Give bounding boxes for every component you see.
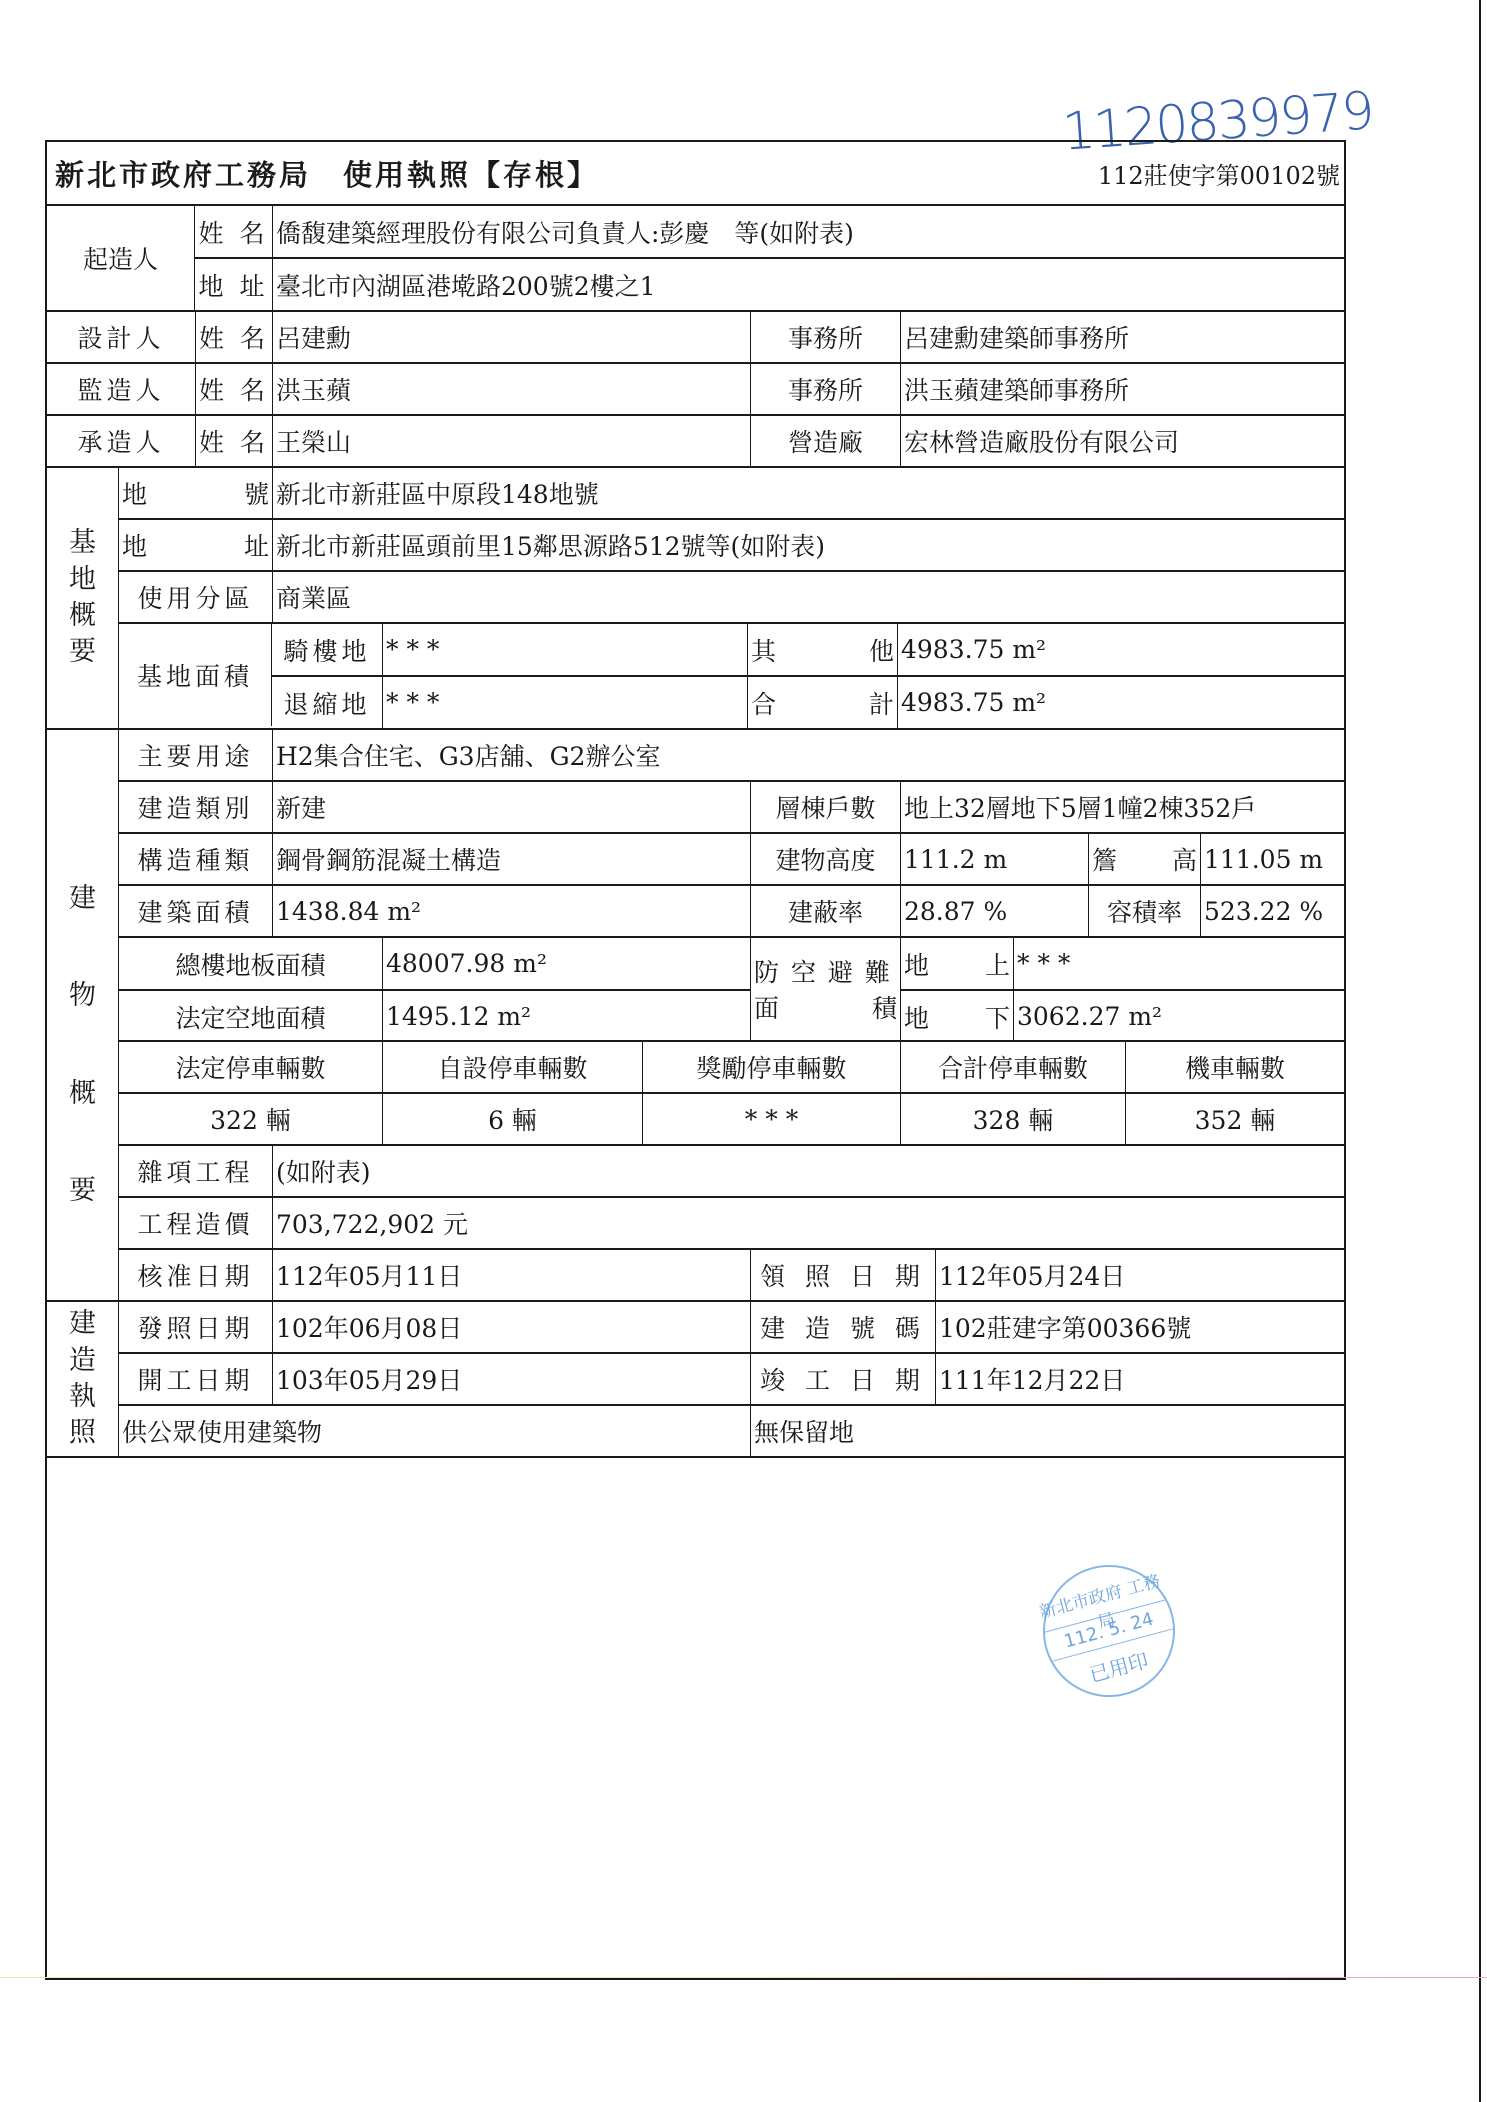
build-area-label: 建築面積	[119, 886, 272, 936]
supervisor-office: 洪玉蘋建築師事務所	[900, 364, 1344, 414]
build-area-row: 建築面積 1438.84 m² 建蔽率 28.87 % 容積率 523.22 %	[119, 884, 1344, 936]
other-label: 其他	[747, 624, 897, 675]
below-ground-value: 3062.27 m²	[1013, 991, 1344, 1042]
build-type-row: 建造類別 新建 層棟戶數 地上32層地下5層1幢2棟352戶	[119, 780, 1344, 832]
contractor-name-label: 姓 名	[195, 416, 272, 466]
start-row: 開工日期 103年05月29日 竣 工 日 期 111年12月22日	[119, 1352, 1344, 1404]
permit-number: 112莊使字第00102號	[1095, 142, 1344, 204]
page-edge	[1479, 0, 1481, 2102]
contractor-firm-label: 營造廠	[750, 416, 900, 466]
site-area-label: 基地面積	[119, 624, 272, 726]
coverage-label: 建蔽率	[750, 886, 900, 936]
open-space-value: 1495.12 m²	[382, 991, 750, 1042]
far-value: 523.22 %	[1200, 886, 1344, 936]
supervisor-label: 監造人	[47, 364, 195, 414]
applicant-label: 起造人	[47, 206, 195, 310]
designer-office: 呂建勳建築師事務所	[900, 312, 1344, 362]
permit-form: 新北市政府工務局 使用執照【存根】 112莊使字第00102號 起造人 姓 名 …	[45, 140, 1346, 1980]
receive-date-label: 領 照 日 期	[750, 1250, 935, 1300]
designer-office-label: 事務所	[750, 312, 900, 362]
main-use-value: H2集合住宅、G3店舖、G2辦公室	[272, 730, 1344, 780]
lot-label: 地號	[119, 468, 272, 518]
contractor-firm: 宏林營造廠股份有限公司	[900, 416, 1344, 466]
contractor-label: 承造人	[47, 416, 195, 466]
arcade-label: 騎樓地	[272, 624, 382, 675]
zone-row: 使用分區 商業區	[119, 570, 1344, 622]
approval-date-label: 核准日期	[119, 1250, 272, 1300]
main-use-row: 主要用途 H2集合住宅、G3店舖、G2辦公室	[119, 730, 1344, 780]
zone-label: 使用分區	[119, 572, 272, 622]
parking-header: 獎勵停車輛數	[642, 1042, 900, 1092]
main-use-label: 主要用途	[119, 730, 272, 780]
scan-artifact-line	[0, 1977, 1487, 1978]
title-row: 新北市政府工務局 使用執照【存根】 112莊使字第00102號	[47, 142, 1344, 204]
structure-value: 鋼骨鋼筋混凝土構造	[272, 834, 750, 884]
structure-label: 構造種類	[119, 834, 272, 884]
above-ground-label: 地上	[901, 938, 1013, 989]
approval-date: 112年05月11日	[272, 1250, 750, 1300]
height-label: 建物高度	[750, 834, 900, 884]
reserved-land-note: 無保留地	[750, 1406, 1344, 1456]
contractor-row: 承造人 姓 名 王榮山 營造廠 宏林營造廠股份有限公司	[47, 414, 1344, 466]
applicant-address: 臺北市內湖區港墘路200號2樓之1	[272, 259, 1344, 310]
parking-header-row: 法定停車輛數 自設停車輛數 獎勵停車輛數 合計停車輛數 機車輛數	[119, 1040, 1344, 1092]
cost-value: 703,722,902 元	[272, 1198, 1344, 1248]
build-area-value: 1438.84 m²	[272, 886, 750, 936]
applicant-name: 僑馥建築經理股份有限公司負責人:彭慶 等(如附表)	[272, 206, 1344, 257]
open-space-label: 法定空地面積	[119, 991, 382, 1042]
site-area-block: 基地面積 騎樓地 * * * 其他 4983.75 m² 退縮地 * * * 合…	[119, 622, 1344, 728]
build-type-label: 建造類別	[119, 782, 272, 832]
below-ground-label: 地下	[901, 991, 1013, 1042]
applicant-section: 起造人 姓 名 僑馥建築經理股份有限公司負責人:彭慶 等(如附表) 地 址 臺北…	[47, 204, 1344, 310]
site-address: 新北市新莊區頭前里15鄰思源路512號等(如附表)	[272, 520, 1344, 570]
blank-area	[47, 1456, 1344, 1978]
shelter-label: 防 空 避 難 面積	[750, 938, 900, 1040]
eave-label: 簷高	[1088, 834, 1200, 884]
other-value: 4983.75 m²	[897, 624, 1344, 675]
gfa-label: 總樓地板面積	[119, 938, 382, 989]
floors-label: 層棟戶數	[750, 782, 900, 832]
construction-section: 建 造 執 照 發照日期 102年06月08日 建 造 號 碼 102莊建字第0…	[47, 1300, 1344, 1456]
completion-date: 111年12月22日	[935, 1354, 1344, 1404]
lot-row: 地號 新北市新莊區中原段148地號	[119, 468, 1344, 518]
start-date-label: 開工日期	[119, 1354, 272, 1404]
zone-value: 商業區	[272, 572, 1344, 622]
eave-value: 111.05 m	[1200, 834, 1344, 884]
approval-row: 核准日期 112年05月11日 領 照 日 期 112年05月24日	[119, 1248, 1344, 1300]
floor-area-block: 總樓地板面積 48007.98 m² 法定空地面積 1495.12 m² 防 空…	[119, 936, 1344, 1040]
construction-number: 102莊建字第00366號	[935, 1302, 1344, 1352]
floors-value: 地上32層地下5層1幢2棟352戶	[900, 782, 1344, 832]
building-group-label: 建 物 概 要	[47, 730, 119, 1300]
misc-works-row: 雜項工程 (如附表)	[119, 1144, 1344, 1196]
total-value: 4983.75 m²	[897, 677, 1344, 728]
total-label: 合計	[747, 677, 897, 728]
public-use-note: 供公眾使用建築物	[119, 1406, 750, 1456]
parking-header: 機車輛數	[1125, 1042, 1344, 1092]
issue-date-label: 發照日期	[119, 1302, 272, 1352]
designer-name-label: 姓 名	[195, 312, 272, 362]
structure-row: 構造種類 鋼骨鋼筋混凝土構造 建物高度 111.2 m 簷高 111.05 m	[119, 832, 1344, 884]
parking-value: 322 輛	[119, 1094, 382, 1144]
cost-label: 工程造價	[119, 1198, 272, 1248]
coverage-value: 28.87 %	[900, 886, 1088, 936]
parking-value: 6 輛	[382, 1094, 642, 1144]
far-label: 容積率	[1088, 886, 1200, 936]
applicant-name-label: 姓 名	[195, 206, 272, 257]
document-title: 新北市政府工務局 使用執照【存根】	[47, 142, 602, 204]
supervisor-row: 監造人 姓 名 洪玉蘋 事務所 洪玉蘋建築師事務所	[47, 362, 1344, 414]
parking-header: 合計停車輛數	[900, 1042, 1125, 1092]
build-type-value: 新建	[272, 782, 750, 832]
designer-label: 設計人	[47, 312, 195, 362]
site-address-label: 地址	[119, 520, 272, 570]
contractor-name: 王榮山	[272, 416, 750, 466]
supervisor-office-label: 事務所	[750, 364, 900, 414]
misc-works-label: 雜項工程	[119, 1146, 272, 1196]
site-group-label: 基 地 概 要	[47, 468, 119, 728]
height-value: 111.2 m	[900, 834, 1088, 884]
completion-date-label: 竣 工 日 期	[750, 1354, 935, 1404]
parking-value-row: 322 輛 6 輛 * * * 328 輛 352 輛	[119, 1092, 1344, 1144]
parking-value: 352 輛	[1125, 1094, 1344, 1144]
site-section: 基 地 概 要 地號 新北市新莊區中原段148地號 地址 新北市新莊區頭前里15…	[47, 466, 1344, 728]
lot-number: 新北市新莊區中原段148地號	[272, 468, 1344, 518]
construction-group-label: 建 造 執 照	[47, 1302, 119, 1456]
receive-date: 112年05月24日	[935, 1250, 1344, 1300]
building-section: 建 物 概 要 主要用途 H2集合住宅、G3店舖、G2辦公室 建造類別 新建 層…	[47, 728, 1344, 1300]
cost-row: 工程造價 703,722,902 元	[119, 1196, 1344, 1248]
usage-row: 供公眾使用建築物 無保留地	[119, 1404, 1344, 1456]
above-ground-value: * * *	[1013, 938, 1344, 989]
supervisor-name-label: 姓 名	[195, 364, 272, 414]
parking-header: 法定停車輛數	[119, 1042, 382, 1092]
misc-works-value: (如附表)	[272, 1146, 1344, 1196]
designer-row: 設計人 姓 名 呂建勳 事務所 呂建勳建築師事務所	[47, 310, 1344, 362]
parking-header: 自設停車輛數	[382, 1042, 642, 1092]
parking-value: 328 輛	[900, 1094, 1125, 1144]
start-date: 103年05月29日	[272, 1354, 750, 1404]
issue-date: 102年06月08日	[272, 1302, 750, 1352]
issue-row: 發照日期 102年06月08日 建 造 號 碼 102莊建字第00366號	[119, 1302, 1344, 1352]
supervisor-name: 洪玉蘋	[272, 364, 750, 414]
parking-value: * * *	[642, 1094, 900, 1144]
construction-number-label: 建 造 號 碼	[750, 1302, 935, 1352]
setback-value: * * *	[382, 677, 747, 728]
applicant-address-label: 地 址	[195, 259, 272, 310]
setback-label: 退縮地	[272, 677, 382, 728]
gfa-value: 48007.98 m²	[382, 938, 750, 989]
arcade-value: * * *	[382, 624, 747, 675]
site-address-row: 地址 新北市新莊區頭前里15鄰思源路512號等(如附表)	[119, 518, 1344, 570]
designer-name: 呂建勳	[272, 312, 750, 362]
